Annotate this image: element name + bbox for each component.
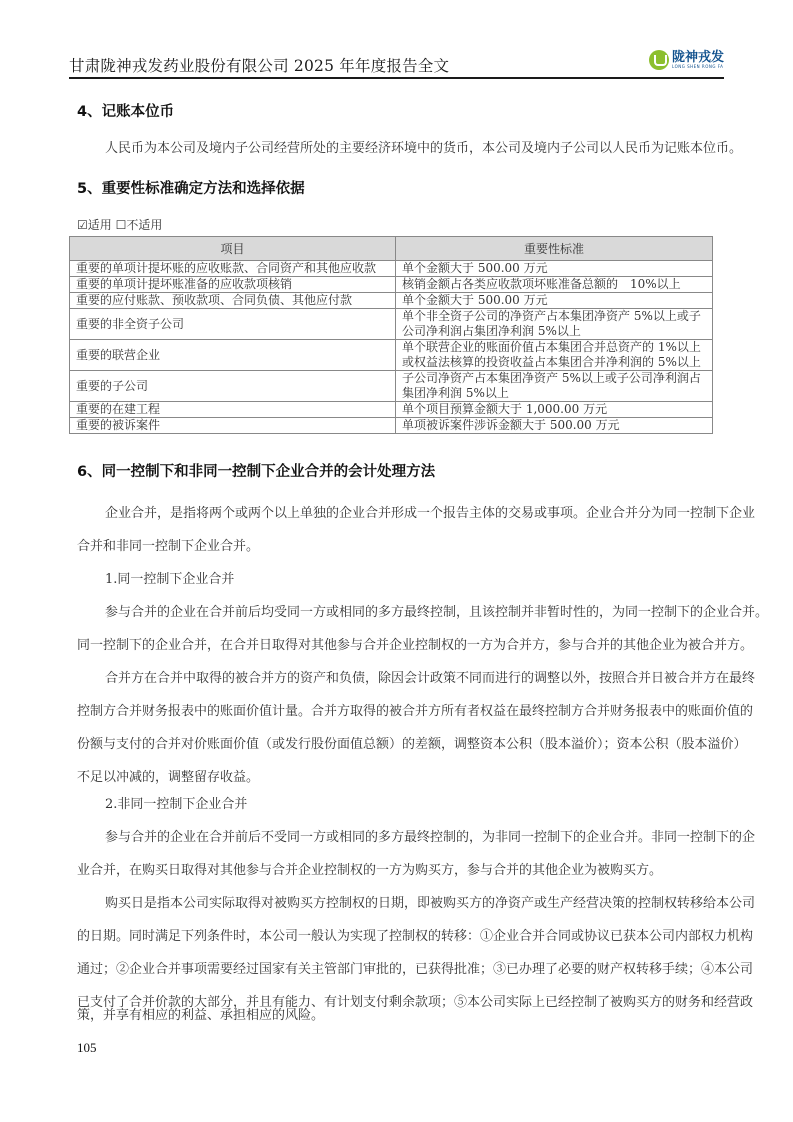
table-cell-item: 重要的联营企业 <box>70 340 396 371</box>
logo-english-name: LONG SHEN RONG FA <box>672 65 724 69</box>
report-title: 甘肃陇神戎发药业股份有限公司 2025 年年度报告全文 <box>69 54 449 76</box>
section-4-paragraph: 人民币为本公司及境内子公司经营所处的主要经济环境中的货币，本公司及境内子公司以人… <box>105 137 742 156</box>
table-cell-standard: 单项被诉案件涉诉金额大于 500.00 万元 <box>396 418 713 434</box>
section-4-heading: 4、记账本位币 <box>77 100 174 121</box>
table-row: 重要的单项计提坏账的应收账款、合同资产和其他应收款 单个金额大于 500.00 … <box>70 261 713 277</box>
table-row: 重要的单项计提坏账准备的应收款项核销 核销金额占各类应收款项坏账准备总额的 10… <box>70 277 713 293</box>
column-header-standard: 重要性标准 <box>396 237 713 261</box>
section-6-heading: 6、同一控制下和非同一控制下企业合并的会计处理方法 <box>77 460 435 481</box>
table-row: 重要的应付账款、预收款项、合同负债、其他应付款 单个金额大于 500.00 万元 <box>70 293 713 309</box>
table-cell-standard: 单个非全资子公司的净资产占本集团净资产 5%以上或子公司净利润占集团净利润 5%… <box>396 309 713 340</box>
paragraph-line: 策，并享有相应的利益、承担相应的风险。 <box>77 1004 324 1023</box>
paragraph-line: 通过；②企业合并事项需要经过国家有关主管部门审批的，已获得批准；③已办理了必要的… <box>77 958 753 977</box>
paragraph-line: 参与合并的企业在合并前后不受同一方或相同的多方最终控制的，为非同一控制下的企业合… <box>105 826 755 845</box>
materiality-standards-table: 项目 重要性标准 重要的单项计提坏账的应收账款、合同资产和其他应收款 单个金额大… <box>69 236 713 434</box>
paragraph-line: 企业合并，是指将两个或两个以上单独的企业合并形成一个报告主体的交易或事项。企业合… <box>105 502 755 521</box>
paragraph-line: 参与合并的企业在合并前后均受同一方或相同的多方最终控制，且该控制并非暂时性的，为… <box>105 601 768 620</box>
table-row: 重要的子公司 子公司净资产占本集团净资产 5%以上或子公司净利润占集团净利润 5… <box>70 371 713 402</box>
section-5-heading: 5、重要性标准确定方法和选择依据 <box>77 177 305 198</box>
table-cell-item: 重要的在建工程 <box>70 402 396 418</box>
subheading-same-control: 1.同一控制下企业合并 <box>105 568 234 587</box>
table-cell-item: 重要的子公司 <box>70 371 396 402</box>
table-cell-item: 重要的应付账款、预收款项、合同负债、其他应付款 <box>70 293 396 309</box>
paragraph-line: 同一控制下的企业合并，在合并日取得对其他参与合并企业控制权的一方为合并方，参与合… <box>77 634 753 653</box>
paragraph-line: 的日期。同时满足下列条件时，本公司一般认为实现了控制权的转移：①企业合并合同或协… <box>77 925 753 944</box>
table-row: 重要的联营企业 单个联营企业的账面价值占本集团合并总资产的 1%以上或权益法核算… <box>70 340 713 371</box>
paragraph-line: 合并方在合并中取得的被合并方的资产和负债，除因会计政策不同而进行的调整以外，按照… <box>105 667 755 686</box>
table-cell-standard: 核销金额占各类应收款项坏账准备总额的 10%以上 <box>396 277 713 293</box>
table-cell-item: 重要的单项计提坏账的应收账款、合同资产和其他应收款 <box>70 261 396 277</box>
page-header: 甘肃陇神戎发药业股份有限公司 2025 年年度报告全文 陇神戎发 LONG SH… <box>69 48 724 78</box>
paragraph-line: 合并和非同一控制下企业合并。 <box>77 535 259 554</box>
subheading-non-same-control: 2.非同一控制下企业合并 <box>105 793 247 812</box>
paragraph-line: 份额与支付的合并对价账面价值（或发行股份面值总额）的差额，调整资本公积（股本溢价… <box>77 733 747 752</box>
logo-chinese-name: 陇神戎发 <box>672 51 724 64</box>
paragraph-line: 控制方合并财务报表中的账面价值计量。合并方取得的被合并方所有者权益在最终控制方合… <box>77 700 753 719</box>
table-cell-standard: 单个联营企业的账面价值占本集团合并总资产的 1%以上或权益法核算的投资收益占本集… <box>396 340 713 371</box>
table-cell-standard: 单个金额大于 500.00 万元 <box>396 293 713 309</box>
table-cell-standard: 子公司净资产占本集团净资产 5%以上或子公司净利润占集团净利润 5%以上 <box>396 371 713 402</box>
table-cell-item: 重要的非全资子公司 <box>70 309 396 340</box>
paragraph-line: 不足以冲减的，调整留存收益。 <box>77 766 259 785</box>
paragraph-line: 购买日是指本公司实际取得对被购买方控制权的日期，即被购买方的净资产或生产经营决策… <box>105 892 755 911</box>
header-divider <box>69 77 724 79</box>
column-header-item: 项目 <box>70 237 396 261</box>
table-cell-standard: 单个金额大于 500.00 万元 <box>396 261 713 277</box>
table-cell-item: 重要的被诉案件 <box>70 418 396 434</box>
table-row: 重要的非全资子公司 单个非全资子公司的净资产占本集团净资产 5%以上或子公司净利… <box>70 309 713 340</box>
page-number: 105 <box>77 1040 97 1056</box>
paragraph-line: 业合并，在购买日取得对其他参与合并企业控制权的一方为购买方，参与合并的其他企业为… <box>77 859 662 878</box>
table-row: 重要的被诉案件 单项被诉案件涉诉金额大于 500.00 万元 <box>70 418 713 434</box>
table-cell-standard: 单个项目预算金额大于 1,000.00 万元 <box>396 402 713 418</box>
table-row: 重要的在建工程 单个项目预算金额大于 1,000.00 万元 <box>70 402 713 418</box>
applicability-checkbox: ☑适用 ☐不适用 <box>77 216 162 233</box>
logo-mark-icon <box>649 50 669 70</box>
table-cell-item: 重要的单项计提坏账准备的应收款项核销 <box>70 277 396 293</box>
company-logo: 陇神戎发 LONG SHEN RONG FA <box>649 50 724 70</box>
